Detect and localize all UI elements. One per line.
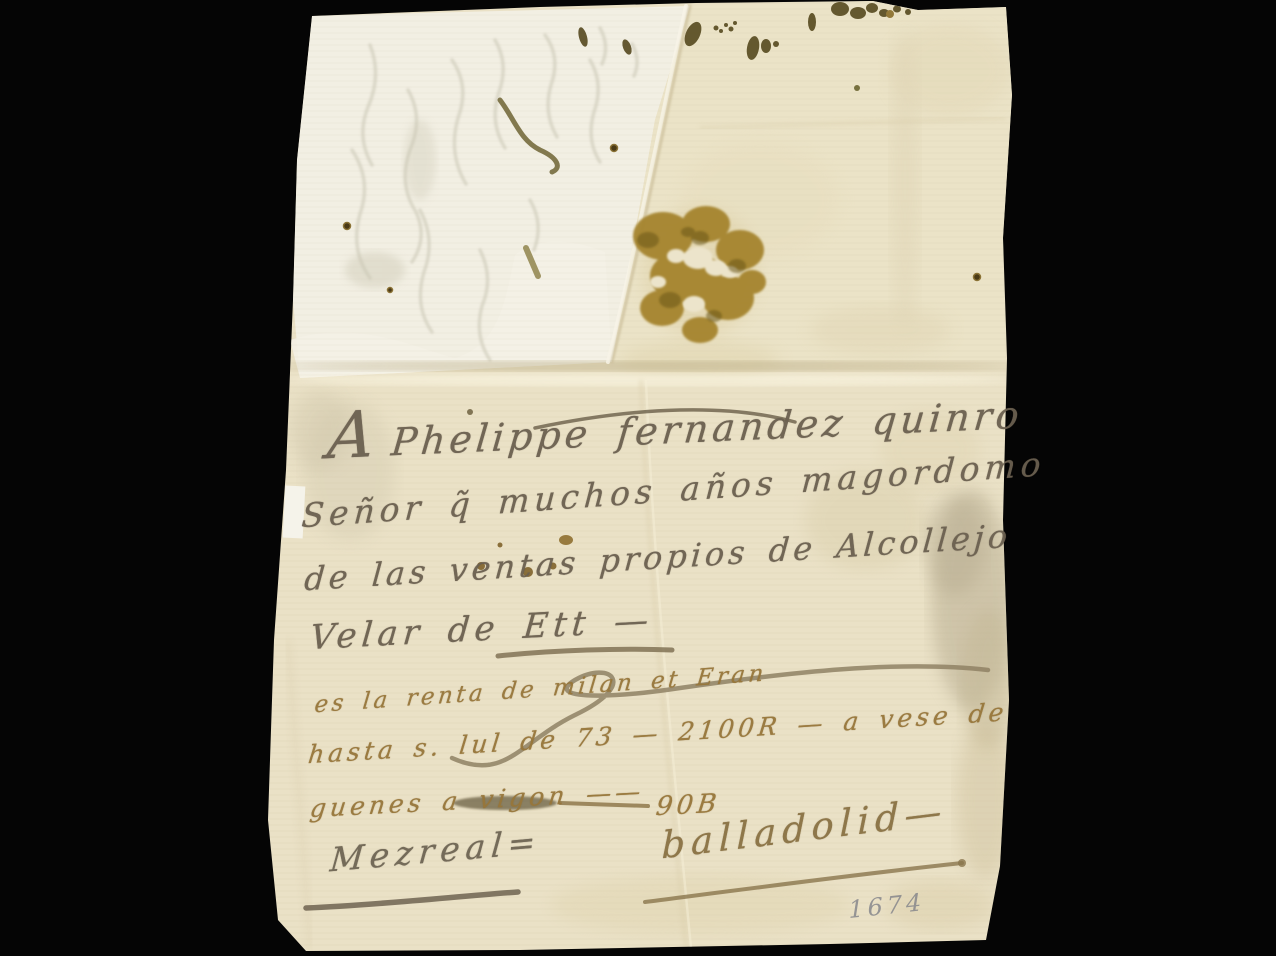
photograph-background: APhelippe fernandez quinro Señor q̃ much… xyxy=(0,0,1276,956)
address-initial: A xyxy=(325,398,382,475)
